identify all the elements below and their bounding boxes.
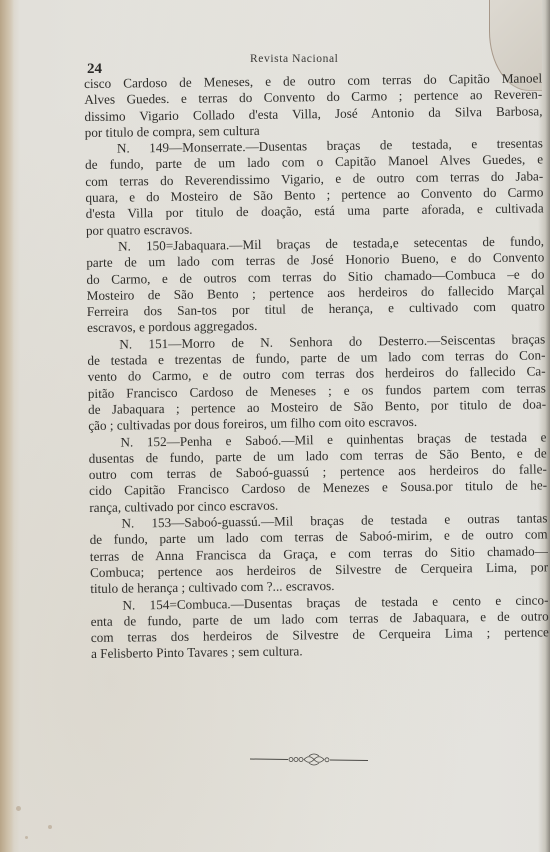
page-binding-edge bbox=[0, 0, 14, 852]
paragraph-continuation: cisco Cardoso de Meneses, e de outro com… bbox=[84, 70, 543, 141]
entry-n149: N. 149—Monserrate.—Dusentas braças de te… bbox=[85, 136, 544, 239]
entry-n151: N. 151—Morro de N. Senhora do Desterro.—… bbox=[87, 331, 546, 434]
foxing-spot bbox=[16, 806, 21, 811]
scanned-page: 24 Revista Nacional cisco Cardoso de Men… bbox=[0, 0, 550, 852]
foxing-spot bbox=[48, 825, 52, 829]
running-head: Revista Nacional bbox=[250, 53, 338, 65]
ornament-rule-icon bbox=[250, 752, 368, 766]
body-text: cisco Cardoso de Meneses, e de outro com… bbox=[84, 70, 549, 662]
foxing-spot bbox=[25, 836, 28, 839]
entry-n154: N. 154=Combuca.—Dusentas braças de testa… bbox=[90, 592, 549, 663]
entry-n153: N. 153—Saboó-guassú.—Mil braças de testa… bbox=[89, 510, 548, 597]
entry-n150: N. 150=Jabaquara.—Mil braças de testada,… bbox=[86, 233, 545, 336]
entry-n152: N. 152—Penha e Saboó.—Mil e quinhentas b… bbox=[88, 429, 547, 516]
